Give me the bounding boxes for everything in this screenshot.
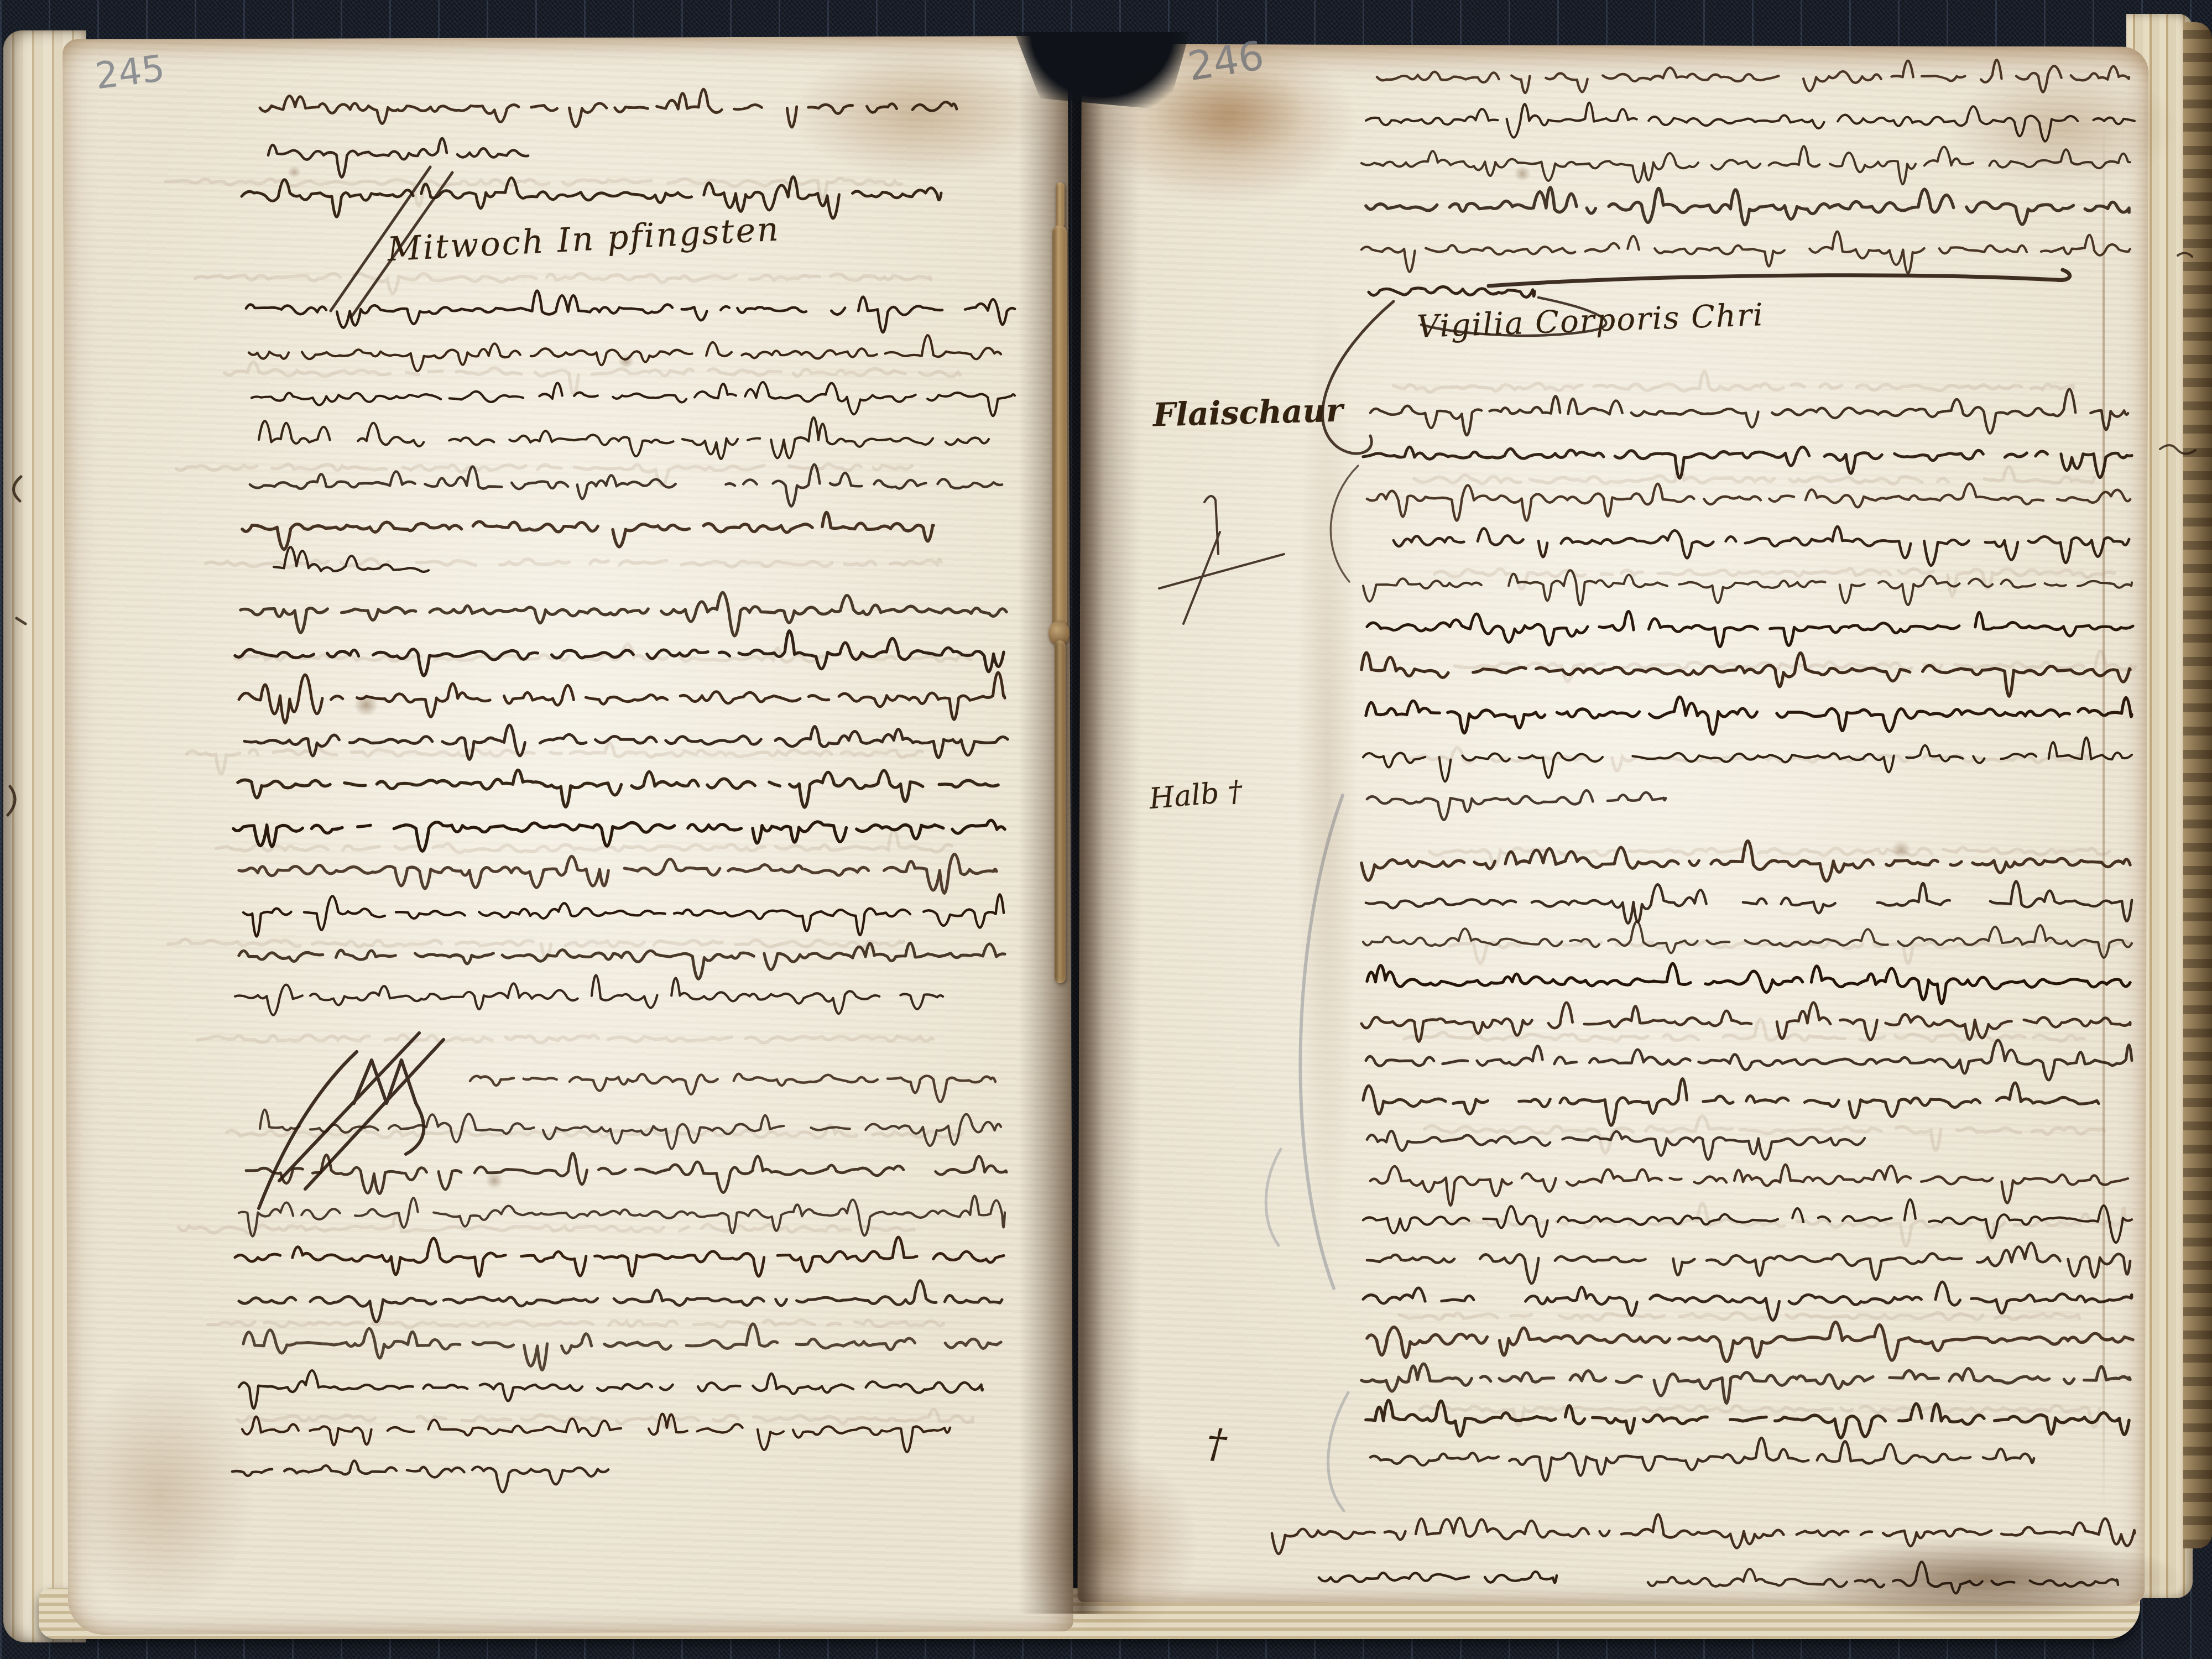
fore-edge-mark: [2160, 253, 2195, 453]
margin-ink-bracket: [1331, 466, 1358, 582]
margin-note-1-strokes: [1159, 496, 1284, 624]
manuscript-book-photo: 245 246 Mitwoch In pfingsten Vigilia Cor…: [0, 0, 2212, 1659]
pencil-parenthesis-small: [1328, 1392, 1348, 1511]
folio-number-left: 245: [93, 47, 167, 98]
vigilia-flourish: [1323, 301, 1394, 453]
section-rule: [1489, 270, 2070, 286]
pencil-parenthesis-large: [1301, 795, 1343, 1288]
pencil-mark-gutter: [1266, 1149, 1281, 1245]
margin-note-cross: †: [1205, 1420, 1228, 1467]
handwriting-ink-layer: [0, 0, 2212, 1659]
left-margin-marks: [8, 477, 25, 815]
margin-note-flaischaur: Flaischaur: [1152, 392, 1343, 434]
